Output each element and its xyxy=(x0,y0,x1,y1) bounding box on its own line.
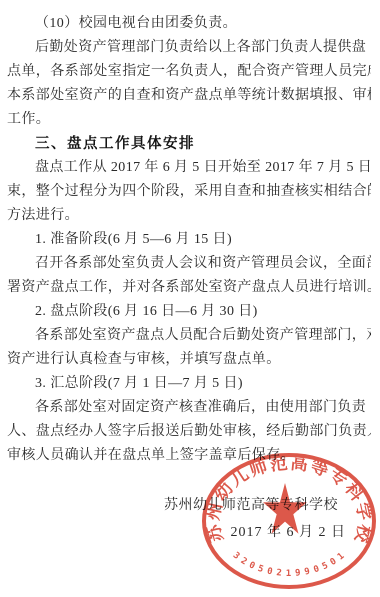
seal-star-icon xyxy=(263,483,307,534)
document-line: （10）校园电视台由团委负责。 xyxy=(7,12,371,36)
document-line: 资产进行认真检查与审核，并填写盘点单。 xyxy=(7,348,371,372)
document-line: 后勤处资产管理部门负责给以上各部门负责人提供盘 xyxy=(7,36,371,60)
document-line: 各系部处室资产盘点人员配合后勤处资产管理部门，对 xyxy=(7,324,371,348)
document-line: 各系部处室对固定资产核查准确后，由使用部门负责 xyxy=(7,396,371,420)
official-seal: 苏州幼儿师范高等专科学校 3205021990501 xyxy=(199,450,379,590)
document-line: 本系部处室资产的自查和资产盘点单等统计数据填报、审核 xyxy=(7,84,371,108)
document-line: 人、盘点经办人签字后报送后勤处审核，经后勤部门负责人、 xyxy=(7,420,371,444)
document-line: 3. 汇总阶段(7 月 1 日—7 月 5 日) xyxy=(7,372,371,396)
document-line: 2. 盘点阶段(6 月 16 日—6 月 30 日) xyxy=(7,300,371,324)
document-body: （10）校园电视台由团委负责。 后勤处资产管理部门负责给以上各部门负责人提供盘 … xyxy=(7,12,371,468)
document-line: 方法进行。 xyxy=(7,204,371,228)
document-page: （10）校园电视台由团委负责。 后勤处资产管理部门负责给以上各部门负责人提供盘 … xyxy=(0,0,380,597)
document-line: 三、盘点工作具体安排 xyxy=(7,132,371,156)
document-line: 署资产盘点工作，并对各系部处室资产盘点人员进行培训。 xyxy=(7,276,371,300)
document-line: 束，整个过程分为四个阶段，采用自查和抽查核实相结合的 xyxy=(7,180,371,204)
document-line: 点单，各系部处室指定一名负责人，配合资产管理人员完成 xyxy=(7,60,371,84)
document-line: 召开各系部处室负责人会议和资产管理员会议，全面部 xyxy=(7,252,371,276)
seal-number: 3205021990501 xyxy=(231,551,348,579)
document-line: 工作。 xyxy=(7,108,371,132)
document-line: 1. 准备阶段(6 月 5—6 月 15 日) xyxy=(7,228,371,252)
document-line: 盘点工作从 2017 年 6 月 5 日开始至 2017 年 7 月 5 日结 xyxy=(7,156,371,180)
